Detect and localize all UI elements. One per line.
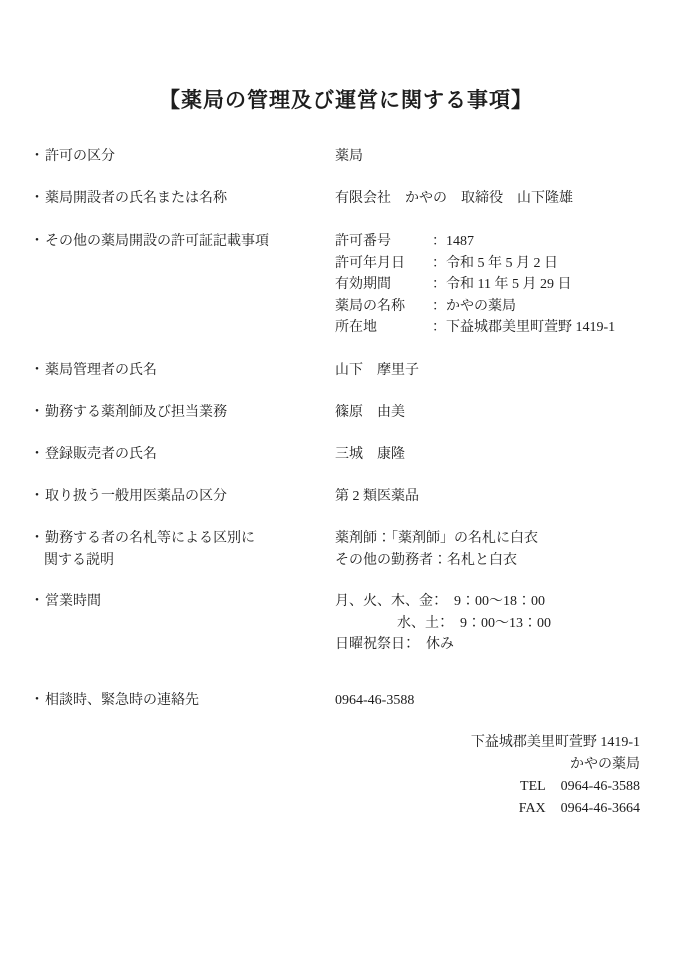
field-label: 登録販売者の氏名	[45, 447, 157, 462]
fax-number: 0964-46-3664	[561, 801, 640, 816]
field-value: 三城 康隆	[335, 444, 672, 466]
colon: ：	[432, 317, 446, 339]
name-tag-value-line2: その他の勤務者：名札と白衣	[335, 550, 672, 572]
emergency-contact-number: 0964-46-3588	[335, 690, 672, 712]
license-item-number: 許可番号：1487	[335, 231, 672, 253]
field-label-wrap: ・薬局開設者の氏名または名称	[30, 188, 227, 210]
license-item-name: 有効期間	[335, 274, 432, 296]
field-value: 第 2 類医薬品	[335, 486, 672, 508]
bullet-icon: ・	[30, 447, 44, 462]
license-item-value: かやの薬局	[446, 296, 516, 318]
license-item-name: 許可番号	[335, 231, 432, 253]
tel-label: TEL	[520, 779, 546, 794]
field-value: 薬局	[335, 146, 672, 168]
footer-address: 下益城郡美里町萱野 1419-1	[471, 732, 640, 754]
field-label-wrap: ・薬局管理者の氏名	[30, 360, 157, 382]
bullet-icon: ・	[30, 594, 44, 609]
field-label-line2: 関する説明	[44, 550, 255, 572]
field-label: 勤務する薬剤師及び担当業務	[45, 405, 227, 420]
license-item-name: 所在地	[335, 317, 432, 339]
bullet-icon: ・	[30, 363, 44, 378]
field-label-wrap: ・取り扱う一般用医薬品の区分	[30, 486, 227, 508]
bullet-icon: ・	[30, 234, 44, 249]
license-details-list: 許可番号：1487 許可年月日：令和 5 年 5 月 2 日 有効期間：令和 1…	[335, 231, 672, 339]
field-label: 相談時、緊急時の連絡先	[45, 693, 199, 708]
hours-weekdays: 月、火、木、金： 9：00～18：00	[335, 591, 672, 613]
field-label: その他の薬局開設の許可証記載事項	[45, 234, 269, 249]
license-item-name: 許可年月日	[335, 253, 432, 275]
page-title: 【薬局の管理及び運営に関する事項】	[0, 84, 692, 114]
field-label-line1: ・勤務する者の名札等による区別に	[30, 528, 255, 550]
fax-label: FAX	[519, 801, 546, 816]
tel-number: 0964-46-3588	[561, 779, 640, 794]
field-label-wrap: ・勤務する薬剤師及び担当業務	[30, 402, 227, 424]
bullet-icon: ・	[30, 693, 44, 708]
footer-pharmacy-name: かやの薬局	[471, 754, 640, 776]
bullet-icon: ・	[30, 405, 44, 420]
bullet-icon: ・	[30, 531, 44, 546]
colon: ：	[432, 274, 446, 296]
hours-holiday: 日曜祝祭日： 休み	[335, 634, 672, 656]
license-item-validity: 有効期間：令和 11 年 5 月 29 日	[335, 274, 672, 296]
business-hours-value: 月、火、木、金： 9：00～18：00 水、土： 9：00～13：00 日曜祝祭…	[335, 591, 672, 656]
colon: ：	[432, 253, 446, 275]
license-item-value: 1487	[446, 231, 474, 253]
field-label: 営業時間	[45, 594, 101, 609]
colon: ：	[432, 296, 446, 318]
license-item-value: 令和 11 年 5 月 29 日	[446, 274, 571, 296]
license-item-pharmacy-name: 薬局の名称：かやの薬局	[335, 296, 672, 318]
bullet-icon: ・	[30, 489, 44, 504]
field-label-wrap: ・営業時間	[30, 591, 101, 613]
colon: ：	[432, 231, 446, 253]
field-label-wrap: ・許可の区分	[30, 146, 115, 168]
bullet-icon: ・	[30, 149, 44, 164]
footer-fax-line: FAX0964-46-3664	[471, 798, 640, 820]
field-value: 山下 摩里子	[335, 360, 672, 382]
field-label: 取り扱う一般用医薬品の区分	[45, 489, 227, 504]
footer-tel-line: TEL0964-46-3588	[471, 776, 640, 798]
license-item-value: 下益城郡美里町萱野 1419-1	[446, 317, 615, 339]
license-item-date: 許可年月日：令和 5 年 5 月 2 日	[335, 253, 672, 275]
license-item-value: 令和 5 年 5 月 2 日	[446, 253, 558, 275]
field-label-wrap: ・登録販売者の氏名	[30, 444, 157, 466]
field-label: 薬局管理者の氏名	[45, 363, 157, 378]
field-value: 有限会社 かやの 取締役 山下隆雄	[335, 188, 672, 210]
field-label-wrap: ・その他の薬局開設の許可証記載事項	[30, 231, 269, 253]
footer-block: 下益城郡美里町萱野 1419-1 かやの薬局 TEL0964-46-3588 F…	[471, 732, 640, 820]
field-label: 許可の区分	[45, 149, 115, 164]
bullet-icon: ・	[30, 191, 44, 206]
name-tag-value-line1: 薬剤師：「薬剤師」の名札に白衣	[335, 528, 672, 550]
field-value: 篠原 由美	[335, 402, 672, 424]
document-page: 【薬局の管理及び運営に関する事項】 ・許可の区分 薬局 ・薬局開設者の氏名または…	[0, 0, 692, 980]
field-label: 薬局開設者の氏名または名称	[45, 191, 227, 206]
field-label-wrap: ・勤務する者の名札等による区別に 関する説明	[30, 528, 255, 571]
hours-wed-sat: 水、土： 9：00～13：00	[335, 613, 672, 635]
field-label: 勤務する者の名札等による区別に	[45, 531, 255, 546]
license-item-name: 薬局の名称	[335, 296, 432, 318]
license-item-location: 所在地：下益城郡美里町萱野 1419-1	[335, 317, 672, 339]
field-label-wrap: ・相談時、緊急時の連絡先	[30, 690, 199, 712]
field-value: 薬剤師：「薬剤師」の名札に白衣 その他の勤務者：名札と白衣	[335, 528, 672, 571]
